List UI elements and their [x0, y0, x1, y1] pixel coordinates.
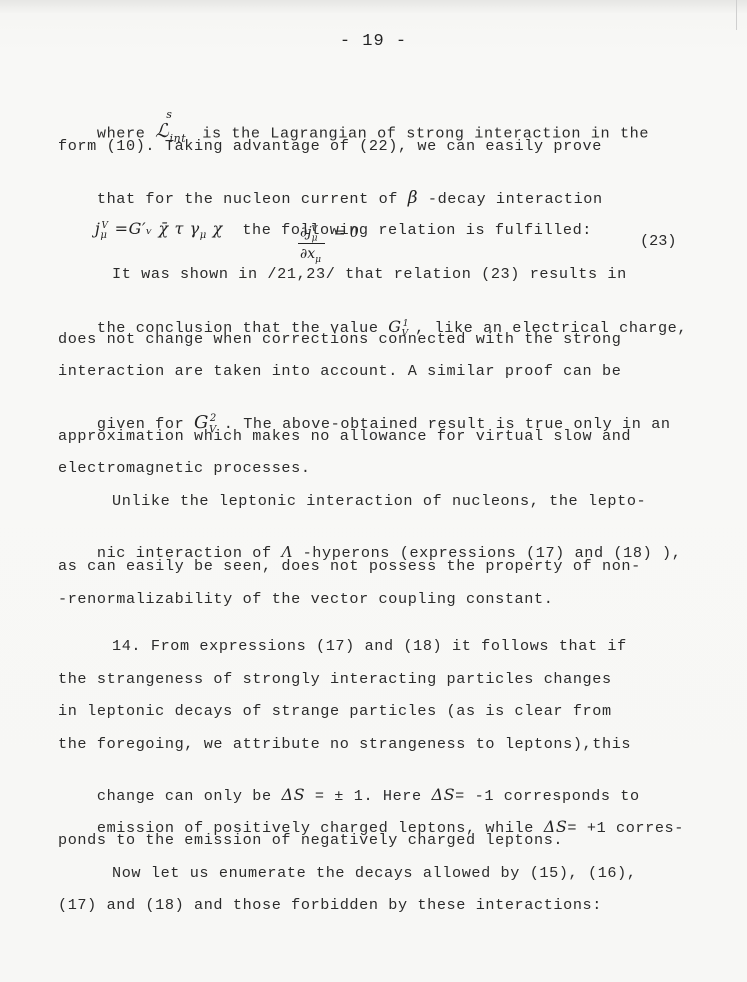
text-line: Unlike the leptonic interaction of nucle…	[112, 492, 646, 510]
text-line: electromagnetic processes.	[58, 459, 311, 477]
text-line: the strangeness of strongly interacting …	[58, 670, 612, 688]
text-line: in leptonic decays of strange particles …	[58, 702, 612, 720]
text-line: ponds to the emission of negatively char…	[58, 831, 563, 849]
text-line: approximation which makes no allowance f…	[58, 427, 631, 445]
text-line: the foregoing, we attribute no strangene…	[58, 735, 631, 753]
equation-rhs: = 0	[334, 225, 359, 241]
text-line: -renormalizability of the vector couplin…	[58, 590, 553, 608]
equation-23: ∂jμV = 0 ∂xμ	[298, 224, 359, 265]
page-edge-mark	[736, 0, 737, 30]
equation-denominator: ∂xμ	[298, 246, 359, 265]
text-line: It was shown in /21,23/ that relation (2…	[112, 265, 627, 283]
section-14-heading-line: 14. From expressions (17) and (18) it fo…	[112, 637, 627, 655]
text-line: Now let us enumerate the decays allowed …	[112, 864, 637, 882]
page-number: - 19 -	[0, 32, 747, 51]
equation-numerator: ∂jμV	[298, 224, 325, 244]
text-line: interaction are taken into account. A si…	[58, 362, 621, 380]
text-line: (17) and (18) and those forbidden by the…	[58, 896, 602, 914]
document-page: - 19 - where ℒints is the Lagrangian of …	[0, 0, 747, 982]
equation-label: (23)	[640, 232, 676, 250]
text-line: as can easily be seen, does not possess …	[58, 557, 641, 575]
text-line: does not change when corrections connect…	[58, 330, 621, 348]
text-line: form (10). Taking advantage of (22), we …	[58, 137, 602, 155]
text-line: the conclusion that the value GV1, like …	[58, 299, 687, 357]
nucleon-current-formula: jμV=G′ᵥ χ̄ τ γμ χ	[95, 219, 223, 238]
